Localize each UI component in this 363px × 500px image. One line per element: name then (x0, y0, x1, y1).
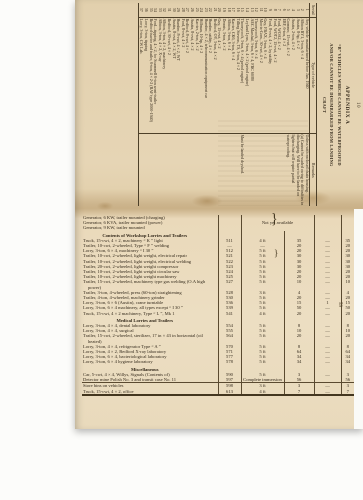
serial-cell: 36 (143, 3, 148, 17)
dash-cell: — (314, 389, 341, 395)
appendix-page-10: 10 APPENDIX A “B” VEHICLES WHICH CANNOT … (75, 0, 363, 206)
appendix-heading: APPENDIX A (344, 0, 350, 206)
table-row: Truck, 15-cwt, 4 × 2, office6134 ft7—7 (82, 389, 354, 395)
serial-cell: 21 (212, 3, 217, 17)
col-header-serial: Serial (309, 3, 317, 17)
scanned-document: 10 APPENDIX A “B” VEHICLES WHICH CANNOT … (0, 0, 363, 500)
serial-cell: 613 (218, 389, 241, 395)
table-row: Trailer, 15-cwt, 2-wheeled, machinery ty… (82, 279, 354, 289)
section-header-row: Contents of Workshop Lorries and Trailer… (82, 231, 354, 238)
show-through-smudge (218, 120, 308, 206)
total-cell (341, 316, 354, 323)
top-page-region: 10 APPENDIX A “B” VEHICLES WHICH CANNOT … (75, 0, 363, 206)
serial-cell: 26 (189, 3, 194, 17)
section-title: Miscellaneous (82, 365, 218, 372)
table-page-59: Generator, 6 KW, trailer mounted (chargi… (75, 209, 354, 429)
section-title: Medical Lorries and Trailers (82, 316, 218, 323)
paper-sheet: 10 APPENDIX A “B” VEHICLES WHICH CANNOT … (75, 0, 363, 429)
serial-cell: 37 (138, 3, 143, 17)
depth-cell (241, 316, 284, 323)
vehicle-cell: Bedford, 30-cwt, 4 × 2 (166, 17, 171, 133)
serial-cell (218, 231, 241, 238)
vehicle-cell: Leyland Lynx, 3-ton, 4 × 2 (petrol engin… (244, 17, 249, 133)
dash-cell (314, 365, 341, 372)
group-brace: } (271, 213, 278, 228)
serial-cell: 19 (222, 3, 227, 17)
count-cell (284, 365, 314, 372)
total-cell (341, 231, 354, 238)
group-brace: } (274, 249, 278, 258)
dash-cell (314, 231, 341, 238)
serial-cell: 9 (267, 3, 272, 17)
table-header-row: Serial Type of vehicle Remarks (309, 3, 317, 206)
page-number-bottom: 59 (337, 302, 342, 307)
serial-cell: 564 (218, 333, 241, 343)
waterproofing-table: Generator, 6 KW, trailer mounted (chargi… (82, 215, 354, 396)
serial-cell: 14 (244, 3, 249, 17)
total-cell: 7 (341, 389, 354, 395)
vehicle-cell: Lorry, 3-ton, CW Lab. (138, 17, 143, 133)
col-header-type: Type of vehicle (309, 17, 317, 133)
total-cell: 10 (341, 279, 354, 289)
total-cell (341, 215, 354, 231)
section-title: Contents of Workshop Lorries and Trailer… (82, 231, 218, 238)
depth-cell (241, 231, 284, 238)
vehicle-cell: Austin, 2-ton, 4 × 2 (290, 17, 295, 133)
vehicle-cell: Dennis, 3-ton, 4 × 2 (222, 17, 227, 133)
count-cell (284, 231, 314, 238)
col-header-remarks: Remarks (309, 133, 317, 206)
paper-edge-gap (354, 209, 363, 429)
serial-cell (218, 316, 241, 323)
page-number-top: 10 (354, 0, 360, 206)
count-cell: 7 (284, 389, 314, 395)
depth-cell: Complete immersion (241, 377, 284, 383)
depth-cell (241, 365, 284, 372)
depth-cell: 5 ft (241, 333, 284, 343)
dash-cell (314, 215, 341, 231)
vehicle-cell: Ford, 8-cwt, 4 × 2, hy utility (267, 17, 272, 133)
section-header-row: Medical Lorries and Trailers (82, 316, 354, 323)
count-cell (284, 316, 314, 323)
description-cell: Trailer, 15-cwt, 2-wheeled, machinery ty… (82, 279, 218, 289)
dash-cell: — (314, 279, 341, 289)
appendix-title-line: AND/OR CANNOT BE DISEMBARKED FROM LANDIN… (329, 0, 334, 206)
serial-cell: 4 (290, 3, 295, 17)
table-row: Trailer, 15-cwt, 2-wheeled, sterilizer, … (82, 333, 354, 343)
dash-cell (314, 316, 341, 323)
count-cell: 10 (284, 279, 314, 289)
description-cell: Trailer, 15-cwt, 2-wheeled, sterilizer, … (82, 333, 218, 343)
total-cell: 20 (341, 333, 354, 343)
remark-cell (138, 133, 212, 206)
depth-cell: 4 ft (241, 389, 284, 395)
description-cell: Truck, 15-cwt, 4 × 2, office (82, 389, 218, 395)
dash-cell: — (314, 333, 341, 343)
serial-cell (218, 365, 241, 372)
serial-cell: 527 (218, 279, 241, 289)
vehicle-cell: Bedford, OY, 3-ton, 4 × 2 (212, 17, 217, 133)
appendix-title-line: “B” VEHICLES WHICH CANNOT BE WATERPROOFE… (336, 0, 341, 206)
total-cell (341, 365, 354, 372)
appendix-title-line: CRAFT (321, 0, 326, 206)
section-header-row: Miscellaneous (82, 365, 354, 372)
serial-cell: 31 (166, 3, 171, 17)
count-cell: 20 (284, 333, 314, 343)
vehicle-cell: Austin, 8-cwt, 4 × 2 (189, 17, 194, 133)
depth-cell: 5 ft (241, 279, 284, 289)
